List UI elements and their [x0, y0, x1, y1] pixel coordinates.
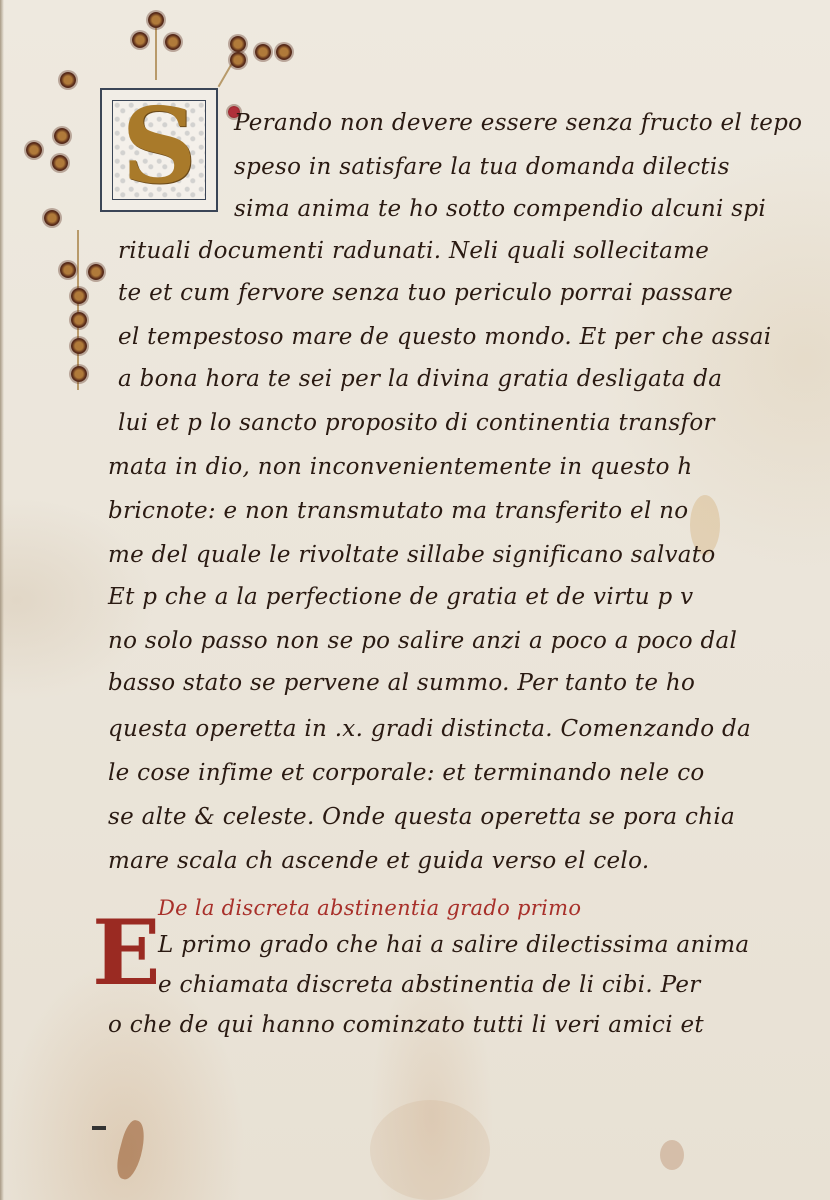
floral-bud-icon [276, 44, 292, 60]
text-line: el tempestoso mare de questo mondo. Et p… [118, 324, 771, 350]
stain-bottom-left [113, 1118, 150, 1182]
stain-bottom-right [660, 1140, 684, 1170]
floral-bud-icon [60, 72, 76, 88]
floral-bud-icon [44, 210, 60, 226]
text-line: Et p che a la perfectione de gratia et d… [108, 584, 693, 610]
floral-bud-icon [255, 44, 271, 60]
text-line: e chiamata discreta abstinentia de li ci… [158, 972, 701, 998]
stain-bottom-center [370, 1100, 490, 1200]
floral-bud-icon [54, 128, 70, 144]
page-left-edge [0, 0, 4, 1200]
manuscript-page: S Perando non devere essere senza fructo… [0, 0, 830, 1200]
ink-mark [92, 1126, 106, 1130]
floral-bud-icon [165, 34, 181, 50]
text-line: bricnote: e non transmutato ma transferi… [108, 498, 688, 524]
floral-bud-icon [132, 32, 148, 48]
floral-bud-icon [60, 262, 76, 278]
text-line: sima anima te ho sotto compendio alcuni … [234, 196, 766, 222]
floral-bud-icon [26, 142, 42, 158]
text-line: mare scala ch ascende et guida verso el … [108, 848, 649, 874]
rubricated-initial-e: E [92, 908, 161, 998]
floral-stem [155, 25, 157, 80]
text-line: me del quale le rivoltate sillabe signif… [108, 542, 716, 568]
text-line: rituali documenti radunati. Neli quali s… [118, 238, 709, 264]
floral-bud-icon [148, 12, 164, 28]
text-line: mata in dio, non inconvenientemente in q… [108, 454, 693, 480]
floral-bud-icon [71, 312, 87, 328]
decorated-initial-s: S [100, 88, 218, 212]
text-line: a bona hora te sei per la divina gratia … [118, 366, 722, 392]
text-line: te et cum fervore senza tuo periculo por… [118, 280, 733, 306]
text-line: no solo passo non se po salire anzi a po… [108, 628, 737, 654]
floral-bud-icon [88, 264, 104, 280]
floral-bud-icon [52, 155, 68, 171]
initial-letter: S [102, 84, 216, 208]
floral-bud-icon [230, 52, 246, 68]
floral-bud-icon [71, 366, 87, 382]
text-line: se alte & celeste. Onde questa operetta … [108, 804, 735, 830]
text-line: questa operetta in .x. gradi distincta. … [108, 716, 751, 742]
text-line: basso stato se pervene al summo. Per tan… [108, 670, 695, 696]
floral-bud-icon [230, 36, 246, 52]
text-line: L primo grado che hai a salire dilectiss… [158, 932, 749, 958]
text-line: le cose infime et corporale: et terminan… [108, 760, 705, 786]
text-line: Perando non devere essere senza fructo e… [234, 110, 802, 136]
text-line: lui et p lo sancto proposito di continen… [118, 410, 715, 436]
floral-bud-icon [71, 338, 87, 354]
rubric-heading: De la discreta abstinentia grado primo [158, 896, 581, 920]
text-line: speso in satisfare la tua domanda dilect… [234, 154, 730, 180]
floral-bud-icon [71, 288, 87, 304]
text-line: o che de qui hanno cominzato tutti li ve… [108, 1012, 704, 1038]
